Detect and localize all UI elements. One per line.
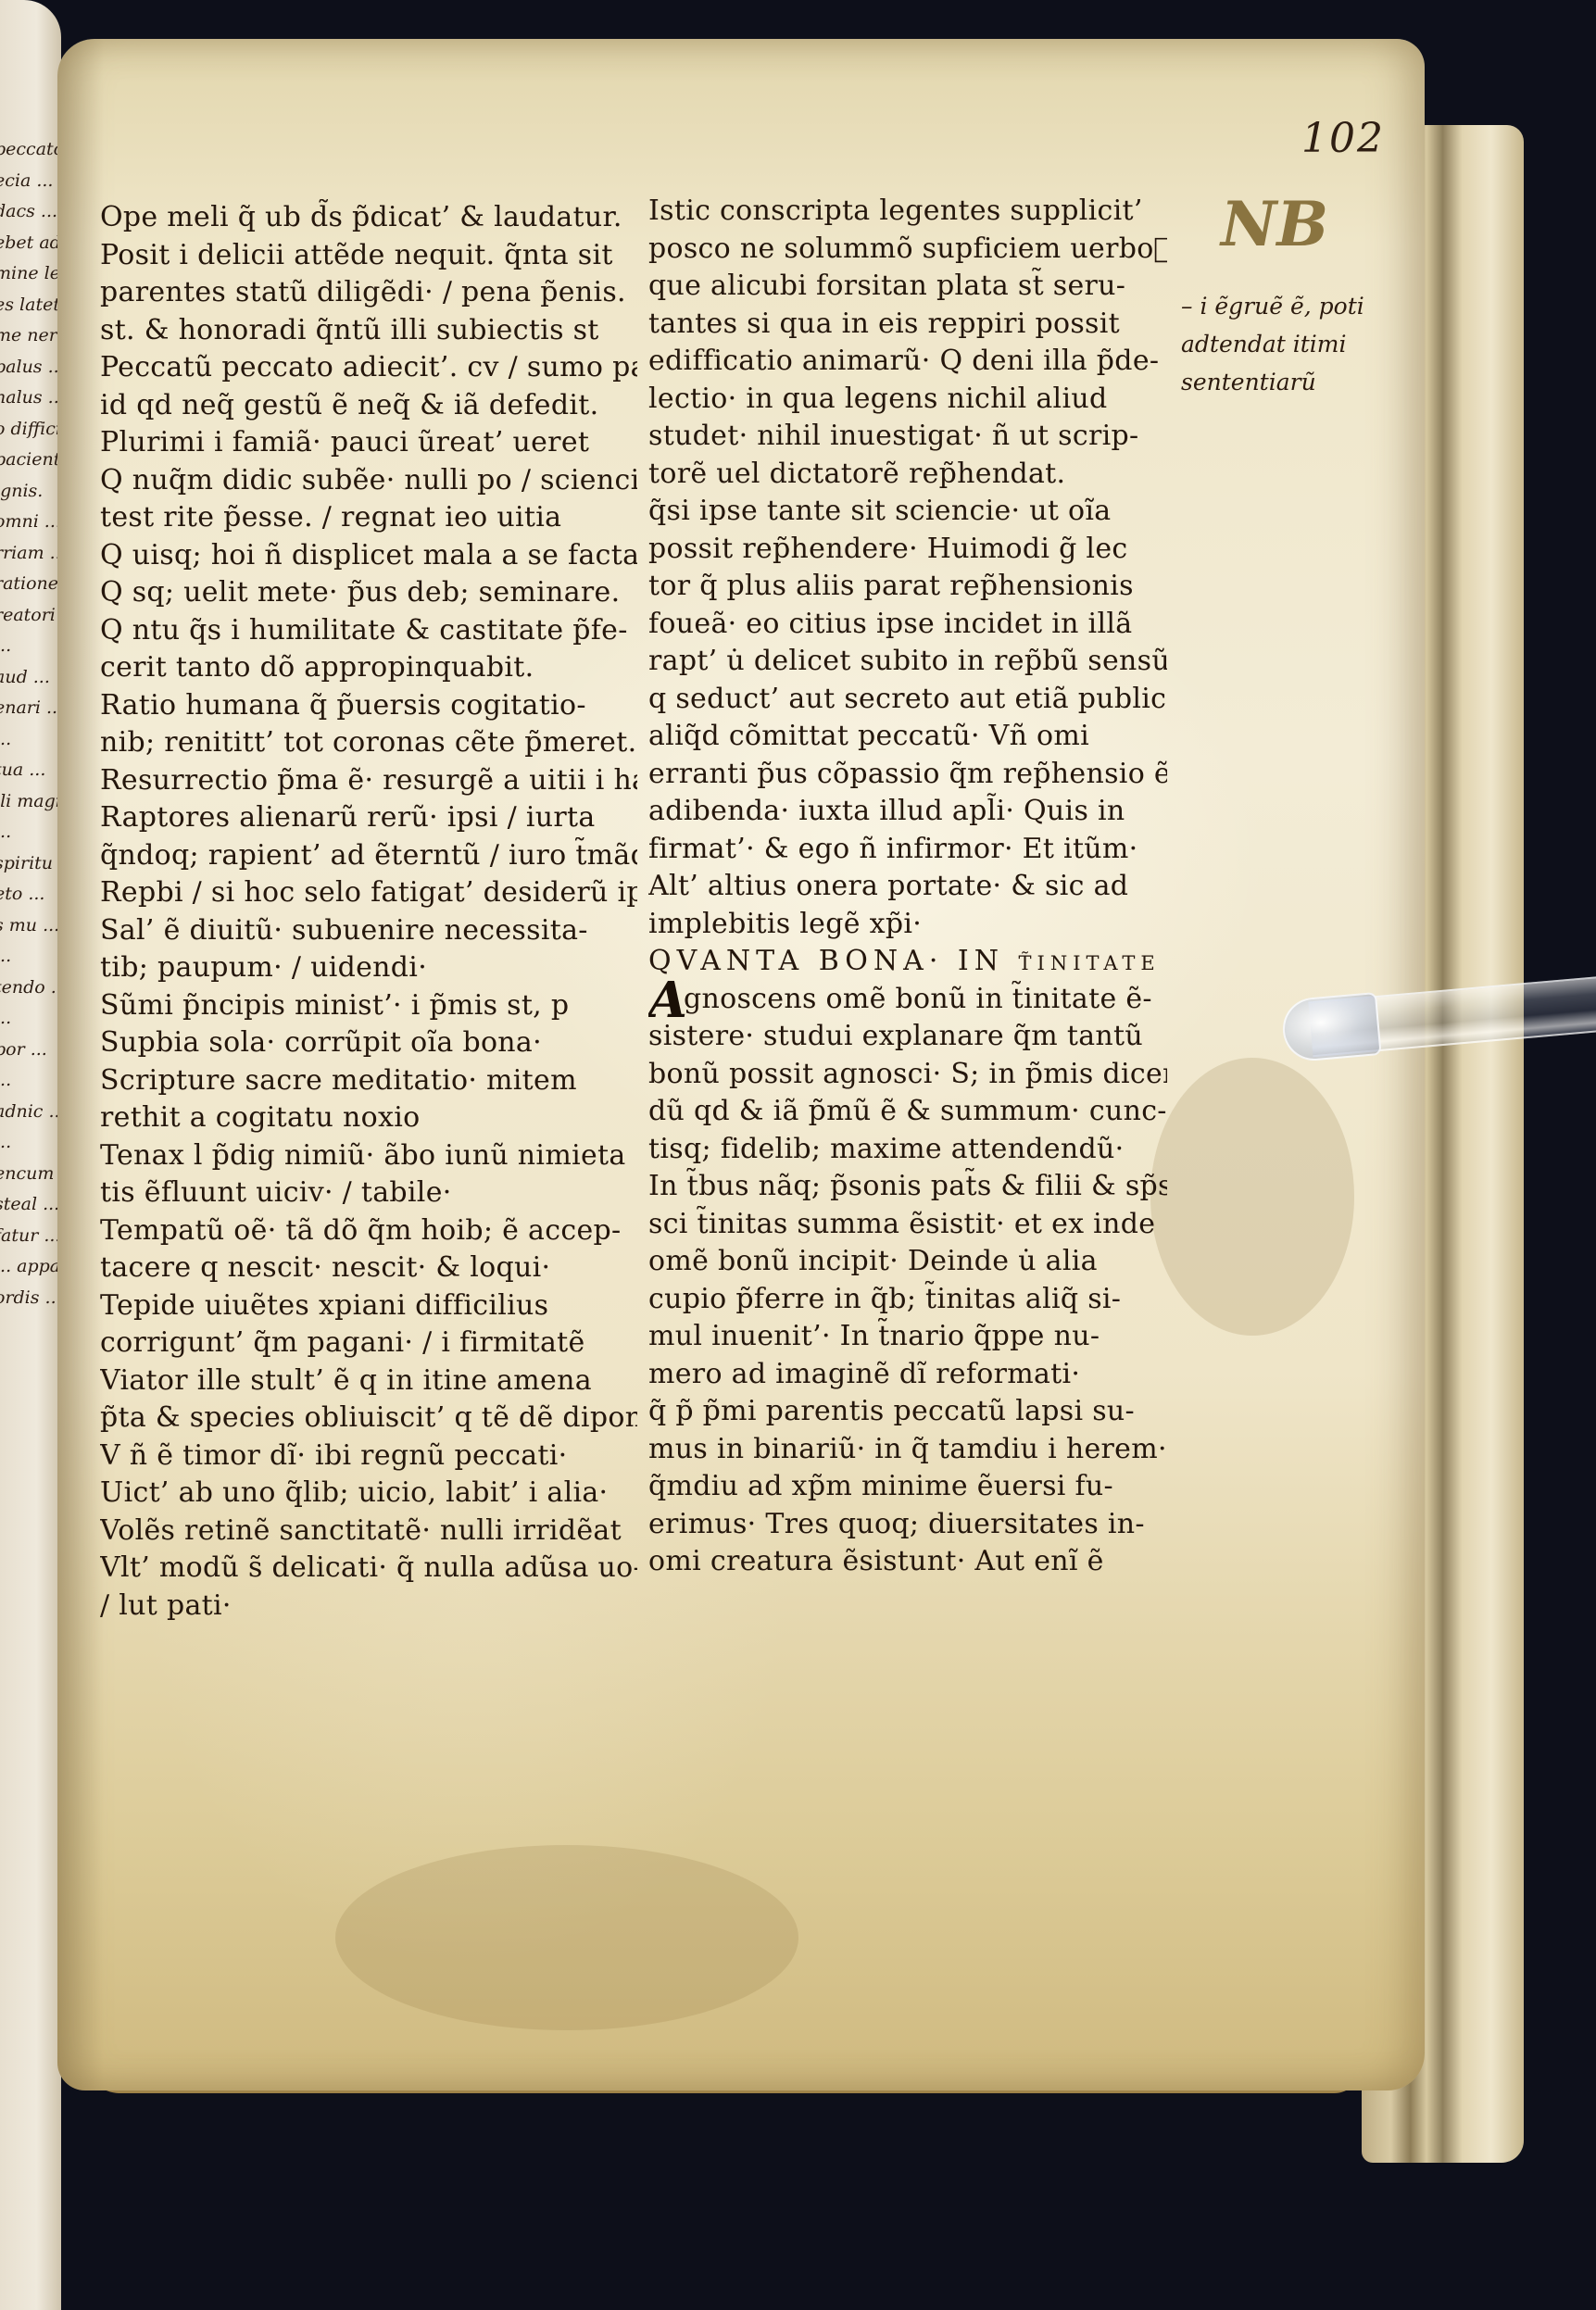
text-line: ...	[0, 631, 61, 662]
text-line: ...	[0, 1003, 61, 1035]
text-line: sistere· studui explanare q̃m tantũ	[648, 1018, 1167, 1056]
text-line: o diffici...	[0, 414, 61, 446]
text-line: rationes ...	[0, 569, 61, 600]
text-line: q̃mdiu ad xp̃m minime ẽuersi fu-	[648, 1468, 1167, 1506]
text-line: In t̃bus nãq; p̃sonis pat̃s & filii & sp…	[648, 1168, 1167, 1206]
text-line: tis ẽfluunt uiciv· / tabile·	[100, 1174, 637, 1212]
text-line: studet· nihil inuestigat· ñ ut scrip-	[648, 418, 1167, 456]
left-text-column: Ope meli q̃ ub d̃s p̃dicat’ & laudatur.P…	[100, 199, 637, 1625]
text-line-rest: gnoscens omẽ bonũ in t̃initate ẽ-	[684, 983, 1152, 1015]
text-line: peccato ...	[0, 134, 61, 166]
text-line: foueã· eo citius ipse incidet in illã	[648, 606, 1167, 644]
text-line: Repbi / si hoc selo fatigat’ desiderũ ip…	[100, 874, 637, 912]
text-line: Raptores alienarũ rerũ· ipsi / iurta	[100, 799, 637, 837]
text-line: q̃ndoq; rapient’ ad ẽterntũ / iuro t̃mãd	[100, 837, 637, 875]
text-line: pacient...	[0, 445, 61, 476]
text-line: st. & honoradi q̃ntũ illi subiectis st	[100, 312, 637, 350]
text-line: adnic ...	[0, 1097, 61, 1128]
text-line: reatori ...	[0, 600, 61, 632]
gutter-shadow	[57, 39, 104, 2090]
text-line: por ...	[0, 1035, 61, 1066]
text-line: Plurimi i famiã· pauci ũreat’ ueret	[100, 424, 637, 462]
text-line: omẽ bonũ incipit· Deinde u̇ alia	[648, 1243, 1167, 1281]
text-line: Alt’ altius onera portate· & sic ad	[648, 868, 1167, 906]
text-line: Agnoscens omẽ bonũ in t̃initate ẽ-	[648, 981, 1167, 1019]
parchment-stain	[335, 1845, 798, 2030]
text-line: torẽ uel dictatorẽ rep̃hendat.	[648, 456, 1167, 494]
text-line: omni ...	[0, 507, 61, 538]
text-line: p̃ta & species obliuiscit’ q tẽ dẽ dipon…	[100, 1400, 637, 1437]
text-line: rriam ...	[0, 538, 61, 570]
text-line: mus in binariũ· in q̃ tamdiu i herem·	[648, 1431, 1167, 1469]
text-line: tacere q nescit· nescit· & loqui·	[100, 1249, 637, 1287]
text-line: q seduct’ aut secreto aut etiã publice	[648, 681, 1167, 719]
text-line: s mu ...	[0, 910, 61, 942]
text-line: Uict’ ab uno q̃lib; uicio, labit’ i alia…	[100, 1475, 637, 1513]
text-line: me nera ...	[0, 320, 61, 352]
text-line: spiritu ...	[0, 848, 61, 880]
text-line: rapt’ u̇ delicet subito in rep̃bũ sensũ·	[648, 643, 1167, 681]
text-line: adibenda· iuxta illud apl̃i· Quis in	[648, 793, 1167, 831]
text-line: Tempatũ oẽ· tã dõ q̃m hoib; ẽ accep-	[100, 1212, 637, 1250]
text-line: steal ...	[0, 1189, 61, 1221]
right-text-column: Istic conscripta legentes supplicit’posc…	[648, 193, 1167, 1581]
folio-number: 102	[1301, 115, 1385, 162]
text-line: edifficatio animarũ· Q deni illa p̃de-	[648, 343, 1167, 381]
text-line: q̃ p̃ p̃mi parentis peccatũ lapsi su-	[648, 1393, 1167, 1431]
text-line: ...	[0, 941, 61, 973]
text-line: parentes statũ diligẽdi· / pena p̃enis.	[100, 274, 637, 312]
text-line: Q ntu q̃s i humilitate & castitate p̃fe-	[100, 612, 637, 650]
text-line: Ope meli q̃ ub d̃s p̃dicat’ & laudatur.	[100, 199, 637, 237]
text-line: tisq; fidelib; maxime attendendũ·	[648, 1131, 1167, 1169]
text-line: omi creatura ẽsistunt· Aut enĩ ẽ	[648, 1543, 1167, 1581]
text-line: ...	[0, 724, 61, 756]
text-line: lectio· in qua legens nichil aliud	[648, 381, 1167, 419]
text-line: nalus ...	[0, 383, 61, 414]
text-line: / lut pati·	[100, 1588, 637, 1626]
text-line: Peccatũ peccato adiecit’. cv / sumo pat	[100, 349, 637, 387]
text-line: Q nuq̃m didic subẽe· nulli po / scienciã	[100, 462, 637, 500]
text-line: Ratio humana q̃ p̃uersis cogitatio-	[100, 687, 637, 725]
text-line: ecia ...	[0, 166, 61, 197]
facing-page: peccato ...ecia ...dacs ...ebet adbona..…	[0, 0, 61, 2310]
text-line: mul inuenit’· In t̃nario q̃ppe nu-	[648, 1318, 1167, 1356]
text-line: que alicubi forsitan plata st̃ seru-	[648, 268, 1167, 306]
text-line: implebitis legẽ xp̃i·	[648, 906, 1167, 944]
text-line: V ñ ẽ timor dĩ· ibi regnũ peccati·	[100, 1437, 637, 1475]
text-line: Supbia sola· corrũpit oĩa bona·	[100, 1024, 637, 1062]
text-line: Sũmi p̃ncipis minist’· i p̃mis st, p	[100, 987, 637, 1025]
text-line: Q sq; uelit mete· p̃us deb; seminare.	[100, 574, 637, 612]
text-line: Resurrectio p̃ma ẽ· resurgẽ a uitii i ha…	[100, 762, 637, 800]
text-line: erranti p̃us cõpassio q̃m rep̃hensio ẽ	[648, 756, 1167, 794]
text-line: ... appar ...	[0, 1251, 61, 1283]
text-line: cerit tanto dõ appropinquabit.	[100, 649, 637, 687]
text-line: nib; renititt’ tot coronas cẽte p̃meret.	[100, 724, 637, 762]
text-line: firmat’· & ego ñ infirmor· Et itũm·	[648, 831, 1167, 869]
text-line: – i ẽgruẽ ẽ, poti	[1181, 287, 1364, 325]
text-line: Tenax l p̃dig nimiũ· ãbo iunũ nimieta	[100, 1137, 637, 1175]
text-line: encum ...	[0, 1159, 61, 1190]
text-line: corrigunt’ q̃m pagani· / i firmitatẽ	[100, 1324, 637, 1362]
text-line: mero ad imaginẽ dĩ reformati·	[648, 1356, 1167, 1394]
text-line: tendo ...	[0, 973, 61, 1004]
text-line: aliq̃d cõmittat peccatũ· Vñ omi	[648, 718, 1167, 756]
text-line: es latet ...	[0, 290, 61, 321]
text-line: q̃si ipse tante sit sciencie· ut oĩa	[648, 493, 1167, 531]
text-line: posco ne solummõ supficiem uerbo᷎	[648, 231, 1167, 269]
text-line: dacs ...	[0, 196, 61, 228]
text-line: test rite p̃esse. / regnat ieo uitia	[100, 499, 637, 537]
text-line: Scripture sacre meditatio· mitem	[100, 1062, 637, 1100]
text-line: palus ...	[0, 352, 61, 383]
text-line: Q uisq; hoi ñ displicet mala a se facta	[100, 537, 637, 575]
text-line: ...	[0, 1127, 61, 1159]
text-line: Sal’ ẽ diuitũ· subuenire necessita-	[100, 912, 637, 950]
text-line: enari ...	[0, 693, 61, 724]
text-line: fatur ...	[0, 1221, 61, 1252]
text-line: adtendat itimi	[1181, 325, 1364, 363]
facing-page-text: peccato ...ecia ...dacs ...ebet adbona..…	[0, 134, 61, 1313]
text-line: QVANTA BONA· IN t̃initate ẽsistãt.	[648, 943, 1167, 981]
text-line: erimus· Tres quoq; diuersitates in-	[648, 1506, 1167, 1544]
text-line: dũ qd & iã p̃mũ ẽ & summum· cunc-	[648, 1093, 1167, 1131]
text-line: tib; paupum· / uidendi·	[100, 949, 637, 987]
text-line: ...	[0, 817, 61, 848]
text-line: Viator ille stult’ ẽ q in itine amena	[100, 1362, 637, 1400]
decorated-initial: A	[648, 981, 684, 1018]
text-line: tua ...	[0, 755, 61, 786]
text-line: sententiarũ	[1181, 363, 1364, 401]
text-line: ...	[0, 1065, 61, 1097]
text-line: cupio p̃ferre in q̃b; t̃initas aliq̃ si-	[648, 1281, 1167, 1319]
text-line: tantes si qua in eis reppiri possit	[648, 306, 1167, 344]
text-line: possit rep̃hendere· Huimodi g̃ lec	[648, 531, 1167, 569]
marginal-note: – i ẽgruẽ ẽ, potiadtendat itimisententia…	[1181, 287, 1364, 401]
text-line: Volẽs retinẽ sanctitatẽ· nulli irridẽat	[100, 1513, 637, 1550]
text-line: ignis.	[0, 476, 61, 508]
text-line: id qd neq̃ gestũ ẽ neq̃ & iã defedit.	[100, 387, 637, 425]
text-line: ebet adbona...	[0, 228, 61, 259]
text-line: Istic conscripta legentes supplicit’	[648, 193, 1167, 231]
text-line: ili magis ...	[0, 786, 61, 818]
glass-rod-tip	[1280, 992, 1382, 1063]
text-line: tor q̃ plus aliis parat rep̃hensionis	[648, 568, 1167, 606]
text-line: Tepide uiuẽtes xpiani difficilius	[100, 1287, 637, 1325]
text-line: rethit a cogitatu noxio	[100, 1099, 637, 1137]
text-line: eto ...	[0, 879, 61, 910]
text-line: Posit i delicii attẽde nequit. q̃nta sit	[100, 237, 637, 275]
text-line: sci t̃initas summa ẽsistit· et ex inde	[648, 1206, 1167, 1244]
text-line: aud ...	[0, 662, 61, 694]
text-line: Vlt’ modũ s̃ delicati· q̃ nulla adũsa uo…	[100, 1550, 637, 1588]
nota-bene-mark: NB	[1221, 188, 1328, 260]
text-line: bonũ possit agnosci· S; in p̃mis dicen-	[648, 1056, 1167, 1094]
text-line: mine legis ...	[0, 258, 61, 290]
text-line: ordis ...	[0, 1283, 61, 1314]
parchment-stain	[1150, 1058, 1354, 1336]
